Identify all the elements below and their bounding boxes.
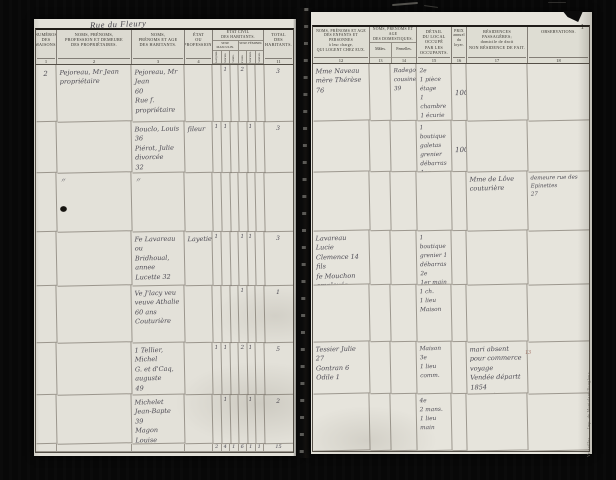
torn-corner <box>561 11 583 22</box>
cell-residences <box>466 393 528 451</box>
header-observations-label: OBSERVATIONS. <box>541 29 576 34</box>
cell-detail-local: 1 boutique grenier 1 débarras 2e 1er mai… <box>416 231 452 286</box>
header-total: TOTAL DES HABITANTS. 11 <box>264 30 293 64</box>
cell-totals-civil: 1 <box>256 444 265 452</box>
header-enfants-colnum: 12 <box>314 57 368 64</box>
header-etat-civil-title: ÉTAT CIVIL DES HABITANTS. <box>221 30 255 40</box>
header-proprietaires-label: NOMS, PRÉNOMS, PROFESSION ET DEMEURE DES… <box>65 32 123 48</box>
cell-habitants: Fe Lavareau ou Bridhoual, annee Lucette … <box>131 231 185 286</box>
cell-observations <box>527 284 589 342</box>
header-habitants-colnum: 3 <box>133 58 183 65</box>
header-domestiques-subcolumns: Mâles. 13 Femelles. 14 <box>370 42 416 63</box>
right-table-body: Mme Naveau mère Thérèse 76 Radegon cousi… <box>312 64 590 452</box>
cell-etat: Layetier <box>184 232 213 287</box>
header-detail-local: DÉTAIL DU LOCAL OCCUPÉ PAR LES OCCUPANTS… <box>417 27 452 63</box>
cell-domestique-male <box>369 121 391 172</box>
cell-etat <box>184 395 213 445</box>
cell-civil: 1 <box>212 122 222 173</box>
cell-proprietaires <box>56 394 132 445</box>
cell-numero <box>35 122 57 173</box>
cell-domestique-male <box>369 285 391 342</box>
cell-residences <box>466 63 528 121</box>
cell-domestique-femelle <box>390 285 417 343</box>
left-table: NUMÉROS DES MAISONS. 1 NOMS, PRÉNOMS, PR… <box>35 28 294 453</box>
civil-subcol-label: Mariés. <box>224 51 227 63</box>
cell-detail-local: 2e 1 pièce étage 1 chambre 1 écurie <box>416 64 452 122</box>
cell-domestique-femelle <box>390 231 417 286</box>
header-numeros-label: NUMÉROS DES MAISONS. <box>36 32 57 48</box>
cell-enfants: Mme Naveau mère Thérèse 76 <box>312 63 370 121</box>
header-etat-civil-group: ÉTAT CIVIL DES HABITANTS. SEXE MASCULIN.… <box>213 30 264 64</box>
cell-habitants: Pejoreau, Mr Jean 60 Rue f. propriétaire <box>131 64 185 122</box>
cell-prix <box>451 394 467 451</box>
cell-observations <box>527 393 589 451</box>
cell-observations: demeure rue des Epinettes 27 <box>527 171 589 231</box>
header-proprietaires-colnum: 2 <box>58 58 130 65</box>
cell-civil <box>229 395 239 444</box>
header-numeros: NUMÉROS DES MAISONS. 1 <box>36 30 57 64</box>
cell-totals-civil: 6 <box>239 444 248 452</box>
cell-detail-local: 1 boutique galetas grenier débarras 1er <box>416 121 452 173</box>
cell-prix <box>451 342 467 394</box>
cell-observations <box>527 63 589 121</box>
cell-habitants: 1 Tellier, Michel G. et d'Caq, auguste 4… <box>131 342 185 395</box>
cell-habitants: Ve J'lacy veu veuve Athalie 60 ans Coutu… <box>131 285 185 343</box>
civil-subcol-label: Veufs. <box>232 51 235 63</box>
civil-subcol-num: 10 <box>256 63 264 64</box>
header-detail-colnum: 15 <box>418 57 450 64</box>
cell-totals-blank <box>185 444 213 452</box>
cell-numero <box>35 395 57 444</box>
cell-residences: Mme de Lôve couturière <box>466 171 528 231</box>
cell-prix <box>451 285 467 342</box>
header-habitants: NOMS, PRÉNOMS ET AGE DES HABITANTS. 3 <box>132 30 185 64</box>
cell-prix <box>451 172 467 231</box>
cell-totals-civil: 2 <box>213 444 222 452</box>
civil-subcol-label: Filles. <box>241 51 244 63</box>
cell-prix: 100 <box>451 64 467 121</box>
cell-detail-local: 1 ch. 1 lieu Maison <box>416 285 452 343</box>
cell-totals-civil: 1 <box>230 444 239 452</box>
cell-totals-blank <box>132 444 185 452</box>
header-numeros-colnum: 1 <box>37 58 55 65</box>
cell-domestique-femelle: Radegon cousine 39 <box>390 64 417 122</box>
cell-totals-blank <box>57 444 132 452</box>
header-domestiques-femelles: Femelles. 14 <box>392 43 416 63</box>
cell-etat: fileur <box>184 122 213 174</box>
film-scratch <box>548 2 566 3</box>
males-colnum: 13 <box>370 57 391 63</box>
header-prix: PRIX annuel du loyer. 16 <box>452 27 467 63</box>
cell-civil <box>229 122 239 173</box>
header-sexe-feminin: SEXE FÉMININ. <box>239 41 264 50</box>
cell-totals-civil: 4 <box>222 444 231 452</box>
cell-proprietaires: Pejoreau, Mr Jean propriétaire <box>56 64 132 123</box>
civil-subcol-label: Veuves. <box>258 51 261 63</box>
cell-total: 3 <box>263 232 293 287</box>
cell-etat <box>184 65 213 123</box>
header-civil-subcol-veufs: Veufs.7 <box>230 51 239 64</box>
cell-enfants <box>312 120 370 172</box>
cell-proprietaires <box>56 342 132 396</box>
males-label: Mâles. <box>375 43 386 51</box>
cell-enfants <box>312 171 370 231</box>
header-enfants: NOMS, PRÉNOMS ET AGE DES ENFANTS ET PERS… <box>313 27 370 63</box>
civil-subcol-num: 5 <box>213 63 221 64</box>
register-right-page: 1 13 Versailles. — Imp. de Montalant-Bou… <box>311 12 592 454</box>
left-table-header: NUMÉROS DES MAISONS. 1 NOMS, PRÉNOMS, PR… <box>35 28 294 65</box>
cell-numero <box>35 343 57 395</box>
cell-civil: 1 <box>246 343 256 395</box>
header-etat-label: ÉTAT OU PROFESSION. <box>185 32 213 48</box>
cell-civil <box>212 395 222 444</box>
header-residences: RÉSIDENCES PASSAGÈRES; domicile de droit… <box>467 27 528 63</box>
header-civil-subcolumns: Garçons.5 Mariés.6 Veufs.7 Filles.8 Mari… <box>213 50 263 64</box>
cell-observations <box>527 120 589 172</box>
cell-prix <box>451 231 467 285</box>
header-habitants-label: NOMS, PRÉNOMS ET AGE DES HABITANTS. <box>139 32 178 48</box>
header-observations-colnum: 18 <box>529 57 588 64</box>
header-prix-colnum: 16 <box>453 57 465 64</box>
cell-habitants: Bouclo, Louis 36 Piérot, Julie divorcée … <box>131 121 185 173</box>
cell-detail-local: 4e 2 mans. 1 lieu main <box>416 394 452 452</box>
femelles-colnum: 14 <box>392 57 416 63</box>
cell-totals-blank <box>36 444 57 452</box>
header-total-colnum: 11 <box>265 58 292 65</box>
header-sexe-masculin: SEXE MASCULIN. <box>213 41 239 50</box>
header-enfants-label: NOMS, PRÉNOMS ET AGE DES ENFANTS ET PERS… <box>314 29 368 54</box>
civil-subcol-num: 8 <box>239 63 247 64</box>
cell-detail-local <box>416 172 452 232</box>
cell-domestique-male <box>369 342 391 394</box>
cell-enfants <box>312 393 370 451</box>
cell-civil <box>229 343 239 395</box>
cell-habitants: 〃 <box>131 172 185 232</box>
civil-subcol-num: 6 <box>222 63 230 64</box>
cell-residences <box>466 284 528 342</box>
cell-civil: 1 <box>246 122 256 173</box>
cell-proprietaires <box>56 121 132 174</box>
header-total-label: TOTAL DES HABITANTS. <box>265 32 292 48</box>
right-table-header: NOMS, PRÉNOMS ET AGE DES ENFANTS ET PERS… <box>312 25 590 64</box>
cell-domestique-femelle <box>390 342 417 395</box>
cell-numero <box>35 232 57 286</box>
cell-civil: 1 <box>212 343 222 395</box>
cell-etat <box>184 286 213 344</box>
cell-domestique-femelle <box>390 394 417 452</box>
cell-numero <box>35 286 57 343</box>
cell-numero: 2 <box>35 65 57 122</box>
cell-domestique-male <box>369 172 391 231</box>
header-etat-colnum: 4 <box>186 58 211 65</box>
cell-domestique-femelle <box>390 121 417 173</box>
header-proprietaires: NOMS, PRÉNOMS, PROFESSION ET DEMEURE DES… <box>57 30 132 64</box>
cell-total: 3 <box>263 122 293 174</box>
header-civil-subcol-maries: Mariés.6 <box>222 51 231 64</box>
header-detail-label: DÉTAIL DU LOCAL OCCUPÉ PAR LES OCCUPANTS… <box>418 29 450 56</box>
femelles-label: Femelles. <box>396 43 411 51</box>
civil-subcol-label: Mariées. <box>249 51 252 63</box>
cell-civil: 1 <box>246 395 256 444</box>
cell-proprietaires <box>56 285 132 344</box>
header-civil-subcol-veuves: Veuves.10 <box>256 51 264 64</box>
cell-observations <box>527 341 589 394</box>
header-etat-profession: ÉTAT OU PROFESSION. 4 <box>185 30 213 64</box>
cell-total: 1 <box>263 286 293 344</box>
right-table: NOMS, PRÉNOMS ET AGE DES ENFANTS ET PERS… <box>312 25 590 452</box>
cell-numero <box>35 173 57 232</box>
header-domestiques-title: NOMS, PRÉNOMS ET AGE DES DOMESTIQUES. <box>370 27 416 42</box>
civil-subcol-label: Garçons. <box>215 51 218 63</box>
cell-enfants <box>312 284 370 342</box>
cell-enfants: Lavareau Lucie Clemence 14 fils fe Mouch… <box>312 230 370 285</box>
header-civil-subcol-mariees: Mariées.9 <box>247 51 256 64</box>
register-left-page: Rue du Fleury NUMÉROS DES MAISONS. 1 NOM… <box>34 19 296 456</box>
left-table-body: 2 Pejoreau, Mr Jean propriétaire Pejorea… <box>35 65 294 453</box>
header-domestiques-group: NOMS, PRÉNOMS ET AGE DES DOMESTIQUES. Mâ… <box>370 27 417 63</box>
cell-proprietaires: 〃 <box>56 172 132 233</box>
cell-proprietaires <box>56 231 132 287</box>
cell-habitants: Michelet Jean-Bapte 39 Magon Louise 36 a… <box>131 394 185 444</box>
cell-residences <box>466 230 528 285</box>
civil-subcol-num: 9 <box>247 63 255 64</box>
civil-subcol-num: 7 <box>230 63 238 64</box>
cell-residences: mari absent pour commerce voyage Vendée … <box>466 341 528 394</box>
header-residences-colnum: 17 <box>468 57 526 64</box>
cell-total: 2 <box>263 395 293 445</box>
header-prix-label: PRIX annuel du loyer. <box>453 29 465 49</box>
header-domestiques-males: Mâles. 13 <box>370 43 392 63</box>
cell-domestique-male <box>369 64 391 121</box>
cell-prix: 100 <box>451 121 467 172</box>
cell-domestique-male <box>369 231 391 285</box>
cell-total <box>263 173 293 233</box>
cell-enfants: Tessier Julie 27 Gontran 6 Odile 1 <box>312 341 370 394</box>
cell-total: 5 <box>263 343 293 396</box>
header-sexe-row: SEXE MASCULIN. SEXE FÉMININ. <box>213 40 263 50</box>
cell-domestique-male <box>369 394 391 451</box>
cell-totals-grand: 15 <box>264 444 293 452</box>
cell-etat <box>184 343 213 396</box>
cell-total: 3 <box>263 65 293 123</box>
header-residences-label: RÉSIDENCES PASSAGÈRES; domicile de droit… <box>468 29 526 51</box>
cell-etat <box>184 173 213 233</box>
cell-residences <box>466 120 528 172</box>
header-observations: OBSERVATIONS. 18 <box>528 27 589 63</box>
cell-detail-local: Maison 3e 1 lieu comm. <box>416 342 452 395</box>
cell-totals-civil: 1 <box>247 444 256 452</box>
cell-observations <box>527 230 589 285</box>
header-civil-subcol-filles: Filles.8 <box>239 51 248 64</box>
spine-stitching <box>300 8 309 458</box>
cell-domestique-femelle <box>390 172 417 232</box>
header-civil-subcol-garcons: Garçons.5 <box>213 51 222 64</box>
